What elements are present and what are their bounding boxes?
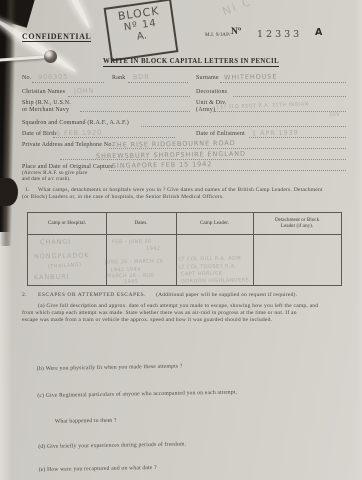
- q2c-text: (c) Give Regimental particulars of anyon…: [37, 390, 237, 400]
- q2c2-text: What happened to them ?: [55, 418, 117, 426]
- q2e-text: (e) How were you recaptured and on what …: [39, 465, 157, 474]
- q2d-text: (d) Give briefly your experiences during…: [38, 441, 186, 451]
- q2b-text: (b) Were you physically fit when you mad…: [37, 364, 183, 374]
- scanned-pow-form: CONFIDENTIAL BLOCK Nº 14 A. Ni C M.I. 9/…: [0, 0, 362, 480]
- lower-questions: (b) Were you physically fit when you mad…: [0, 0, 362, 480]
